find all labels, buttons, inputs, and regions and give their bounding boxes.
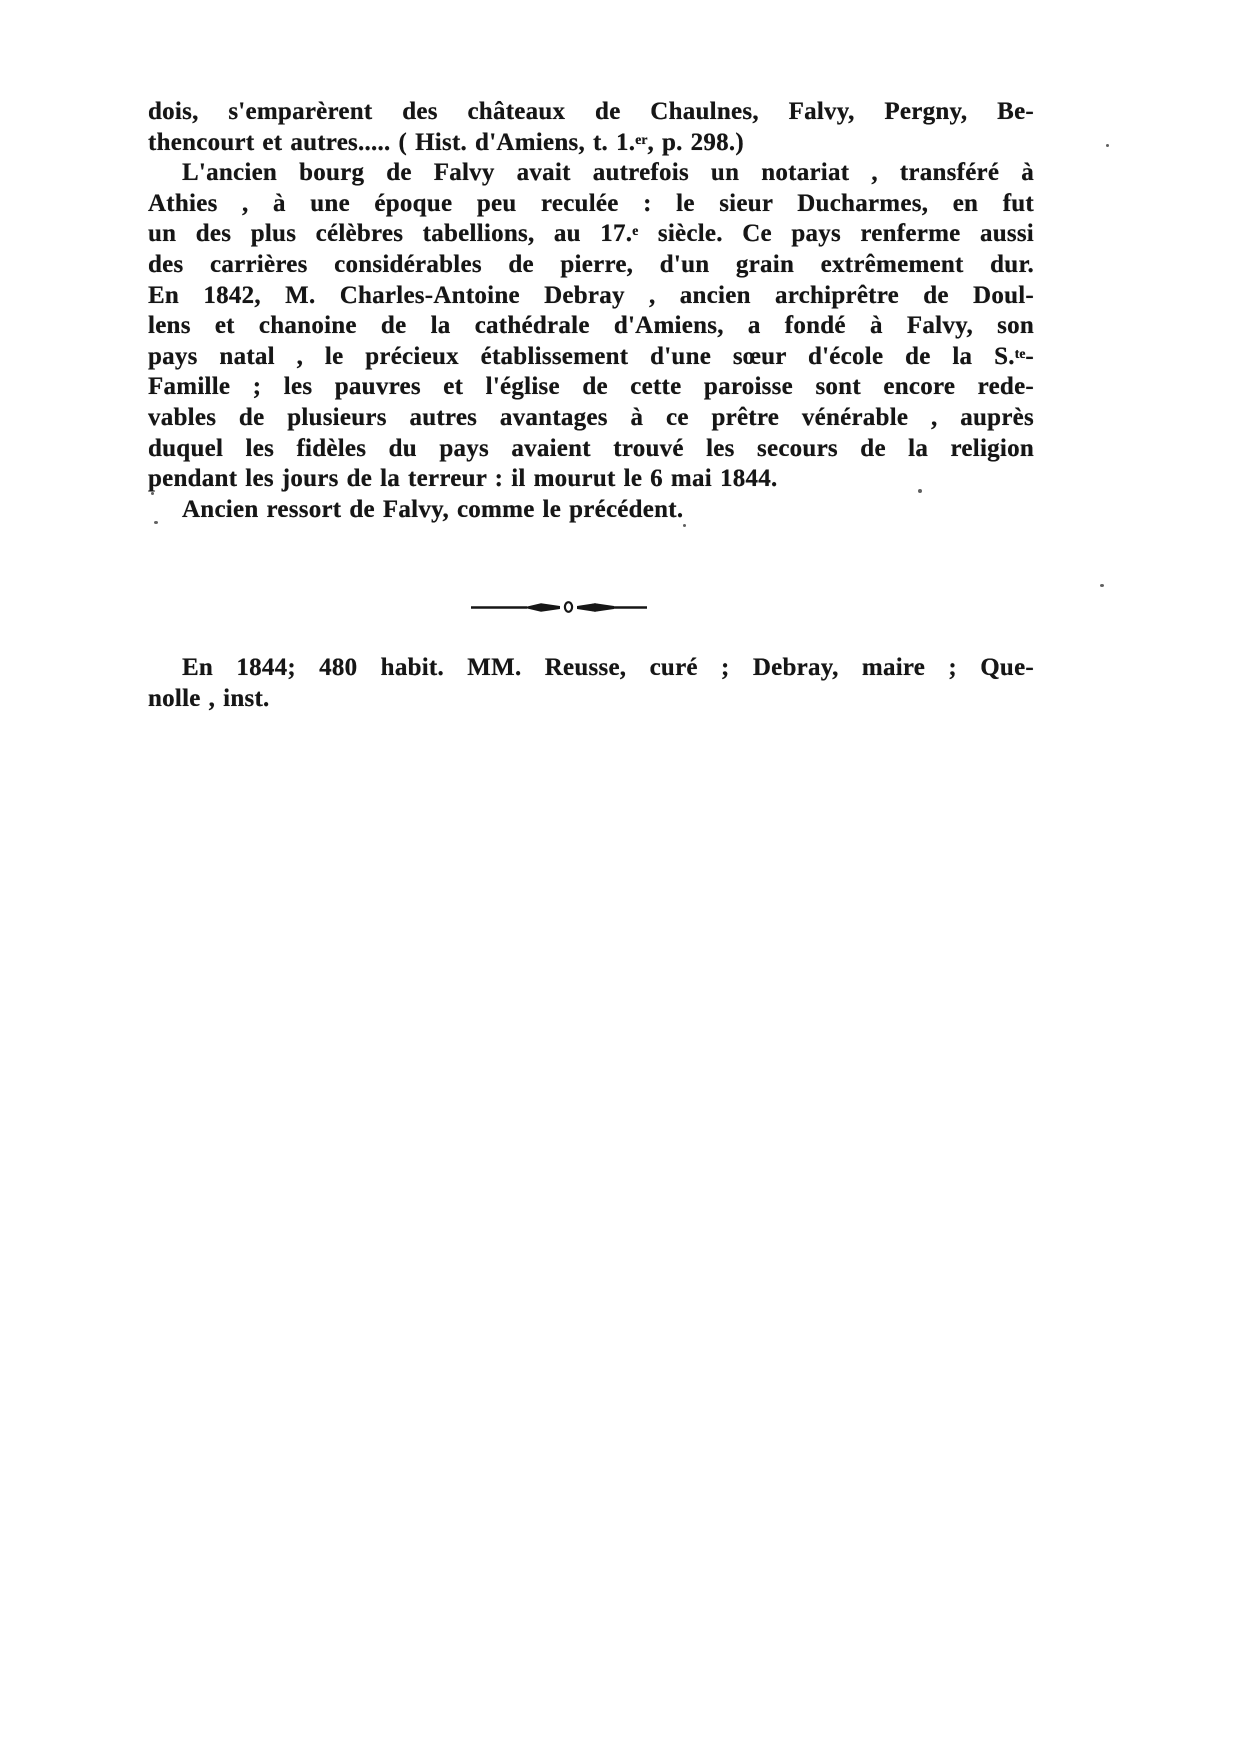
- text-line: thencourt et autres..... ( Hist. d'Amien…: [148, 128, 1034, 159]
- book-page: dois, s'emparèrent des châteaux de Chaul…: [0, 0, 1240, 1754]
- text-line: lens et chanoine de la cathédrale d'Amie…: [148, 311, 1034, 342]
- text-line: des carrières considérables de pierre, d…: [148, 250, 1034, 281]
- text-line: pendant les jours de la terreur : il mou…: [148, 464, 1034, 495]
- text-line: En 1842, M. Charles-Antoine Debray , anc…: [148, 281, 1034, 312]
- scan-speck: [683, 524, 686, 527]
- section-divider: [116, 597, 1002, 615]
- text-line: pays natal , le précieux établissement d…: [148, 342, 1034, 373]
- scan-speck: [154, 521, 158, 524]
- scan-speck: [1100, 584, 1104, 587]
- text-line: Ancien ressort de Falvy, comme le précéd…: [148, 495, 1034, 526]
- scan-speck: [1106, 144, 1109, 147]
- scan-speck: [918, 489, 922, 493]
- text-line: vables de plusieurs autres avantages à c…: [148, 403, 1034, 434]
- text-line: L'ancien bourg de Falvy avait autrefois …: [148, 158, 1034, 189]
- text-line: nolle , inst.: [148, 684, 1034, 715]
- scan-speck: [151, 492, 154, 495]
- text-line: En 1844; 480 habit. MM. Reusse, curé ; D…: [148, 653, 1034, 684]
- footer-text: En 1844; 480 habit. MM. Reusse, curé ; D…: [148, 653, 1034, 714]
- text-line: dois, s'emparèrent des châteaux de Chaul…: [148, 97, 1034, 128]
- text-line: Famille ; les pauvres et l'église de cet…: [148, 372, 1034, 403]
- text-line: duquel les fidèles du pays avaient trouv…: [148, 434, 1034, 465]
- text-line: un des plus célèbres tabellions, au 17.e…: [148, 219, 1034, 250]
- ornament-divider-icon: [471, 600, 647, 614]
- text-column: dois, s'emparèrent des châteaux de Chaul…: [148, 97, 1034, 715]
- body-text: dois, s'emparèrent des châteaux de Chaul…: [148, 97, 1034, 525]
- text-line: Athies , à une époque peu reculée : le s…: [148, 189, 1034, 220]
